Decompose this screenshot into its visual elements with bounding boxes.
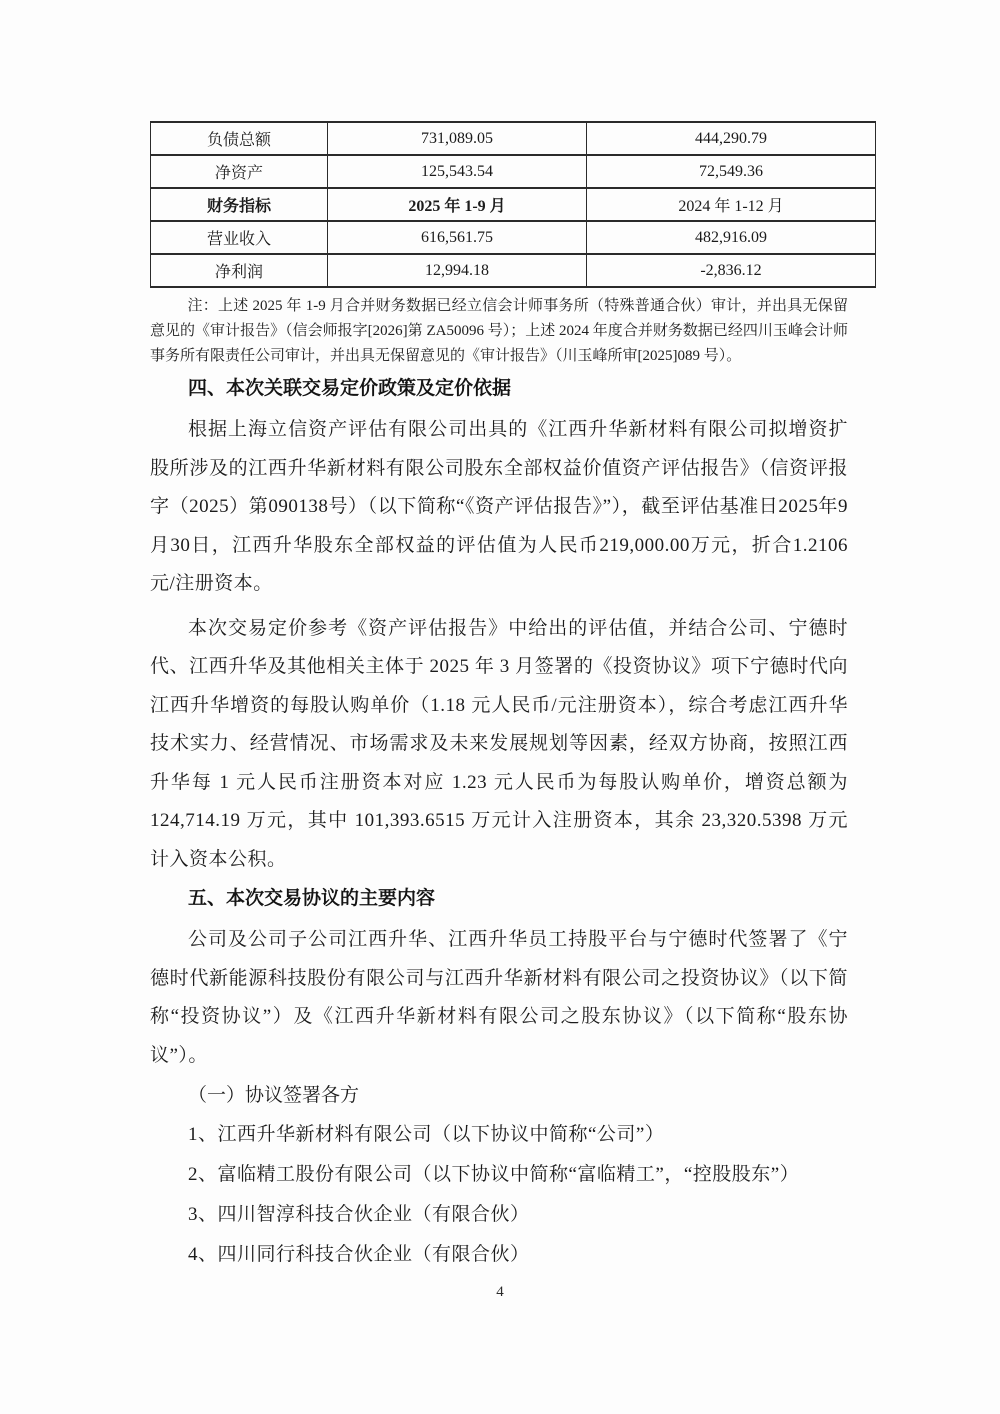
table-row-operating-revenue: 营业收入 616,561.75 482,916.09 xyxy=(151,221,876,254)
section-5-paragraph-1: 公司及公司子公司江西升华、江西升华员工持股平台与宁德时代签署了《宁德时代新能源科… xyxy=(150,921,848,1075)
row-value-2024: 444,290.79 xyxy=(587,122,876,155)
signing-party-item-1: 1、江西升华新材料有限公司（以下协议中简称“公司”） xyxy=(150,1115,848,1155)
row-value-2025: 125,543.54 xyxy=(328,155,587,188)
page-number: 4 xyxy=(0,1284,1000,1301)
document-page: 负债总额 731,089.05 444,290.79 净资产 125,543.5… xyxy=(0,0,1000,1414)
header-period-2024: 2024 年 1-12 月 xyxy=(587,188,876,221)
section-5-heading: 五、本次交易协议的主要内容 xyxy=(150,885,848,913)
table-row-net-profit: 净利润 12,994.18 -2,836.12 xyxy=(151,254,876,287)
signing-party-item-2: 2、富临精工股份有限公司（以下协议中简称“富临精工”，“控股股东”） xyxy=(150,1155,848,1195)
subsection-heading-signing-parties: （一）协议签署各方 xyxy=(150,1081,848,1111)
row-value-2025: 731,089.05 xyxy=(328,122,587,155)
row-value-2025: 12,994.18 xyxy=(328,254,587,287)
audit-note: 注：上述 2025 年 1-9 月合并财务数据已经立信会计师事务所（特殊普通合伙… xyxy=(150,294,848,369)
table-row-total-liabilities: 负债总额 731,089.05 444,290.79 xyxy=(151,122,876,155)
row-value-2024: 72,549.36 xyxy=(587,155,876,188)
section-4-paragraph-1: 根据上海立信资产评估有限公司出具的《江西升华新材料有限公司拟增资扩股所涉及的江西… xyxy=(150,411,848,604)
row-value-2024: -2,836.12 xyxy=(587,254,876,287)
financial-table: 负债总额 731,089.05 444,290.79 净资产 125,543.5… xyxy=(150,121,876,288)
table-row-net-assets: 净资产 125,543.54 72,549.36 xyxy=(151,155,876,188)
table-row-indicator-header: 财务指标 2025 年 1-9 月 2024 年 1-12 月 xyxy=(151,188,876,221)
section-4-paragraph-2: 本次交易定价参考《资产评估报告》中给出的评估值，并结合公司、宁德时代、江西升华及… xyxy=(150,610,848,880)
row-label: 净利润 xyxy=(151,254,328,287)
document-content: 负债总额 731,089.05 444,290.79 净资产 125,543.5… xyxy=(150,121,848,1275)
signing-party-item-3: 3、四川智淳科技合伙企业（有限合伙） xyxy=(150,1195,848,1235)
row-value-2025: 616,561.75 xyxy=(328,221,587,254)
row-label: 营业收入 xyxy=(151,221,328,254)
row-label: 净资产 xyxy=(151,155,328,188)
row-value-2024: 482,916.09 xyxy=(587,221,876,254)
header-period-2025: 2025 年 1-9 月 xyxy=(328,188,587,221)
header-label: 财务指标 xyxy=(151,188,328,221)
signing-party-item-4: 4、四川同行科技合伙企业（有限合伙） xyxy=(150,1235,848,1275)
section-4-heading: 四、本次关联交易定价政策及定价依据 xyxy=(150,375,848,403)
row-label: 负债总额 xyxy=(151,122,328,155)
